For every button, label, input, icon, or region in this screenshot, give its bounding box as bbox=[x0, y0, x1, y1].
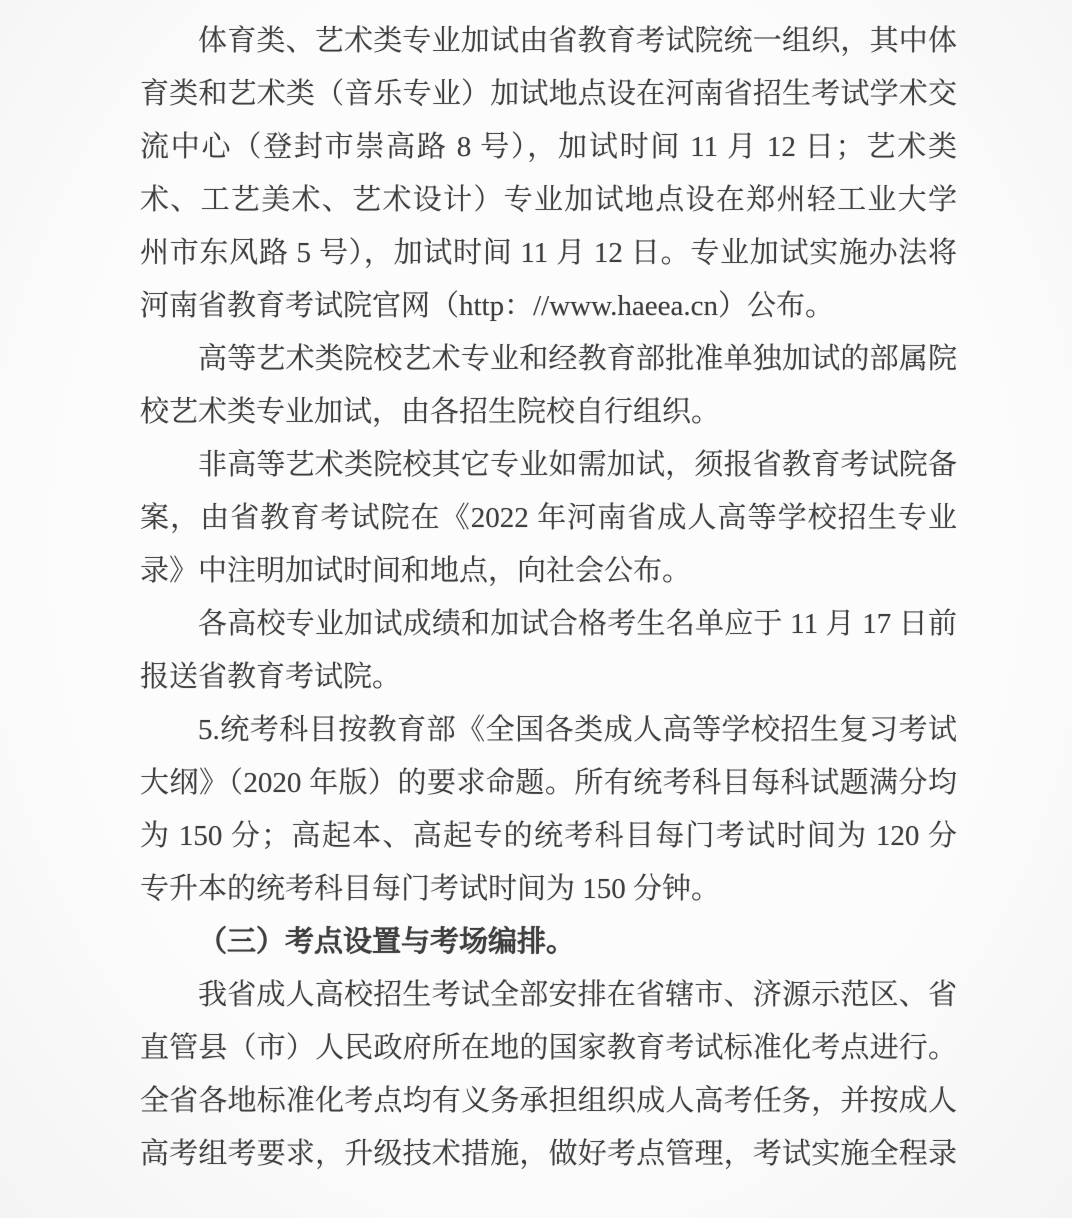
text-line: 为 150 分；高起本、高起专的统考科目每门考试时间为 120 分钟， bbox=[140, 810, 957, 863]
paragraph-sports-arts-extra-exam: 体育类、艺术类专业加试由省教育考试院统一组织，其中体 育类和艺术类（音乐专业）加… bbox=[140, 15, 957, 333]
scanned-document-page: 体育类、艺术类专业加试由省教育考试院统一组织，其中体 育类和艺术类（音乐专业）加… bbox=[0, 0, 1072, 1218]
text-line: 河南省教育考试院官网（http：//www.haeea.cn）公布。 bbox=[140, 280, 957, 333]
text-line: 高等艺术类院校艺术专业和经教育部批准单独加试的部属院 bbox=[140, 333, 957, 386]
text-line: 育类和艺术类（音乐专业）加试地点设在河南省招生考试学术交 bbox=[140, 68, 957, 121]
document-body: 体育类、艺术类专业加试由省教育考试院统一组织，其中体 育类和艺术类（音乐专业）加… bbox=[140, 15, 957, 1181]
text-line: 案，由省教育考试院在《2022 年河南省成人高等学校招生专业目 bbox=[140, 492, 957, 545]
text-line: 直管县（市）人民政府所在地的国家教育考试标准化考点进行。 bbox=[140, 1022, 957, 1075]
paragraph-standardized-exam-sites: 我省成人高校招生考试全部安排在省辖市、济源示范区、省 直管县（市）人民政府所在地… bbox=[140, 969, 957, 1181]
text-line: 高考组考要求，升级技术措施，做好考点管理，考试实施全程录 bbox=[140, 1128, 957, 1181]
paragraph-non-higher-art-colleges: 非高等艺术类院校其它专业如需加试，须报省教育考试院备 案，由省教育考试院在《20… bbox=[140, 439, 957, 598]
section-heading-line: （三）考点设置与考场编排。 bbox=[140, 916, 957, 969]
text-line: 术、工艺美术、艺术设计）专业加试地点设在郑州轻工业大学（郑 bbox=[140, 174, 957, 227]
text-line: 体育类、艺术类专业加试由省教育考试院统一组织，其中体 bbox=[140, 15, 957, 68]
text-line: 流中心（登封市崇高路 8 号），加试时间 11 月 12 日；艺术类（美 bbox=[140, 121, 957, 174]
text-line: 5.统考科目按教育部《全国各类成人高等学校招生复习考试 bbox=[140, 704, 957, 757]
paragraph-item5-unified-subjects: 5.统考科目按教育部《全国各类成人高等学校招生复习考试 大纲》（2020 年版）… bbox=[140, 704, 957, 916]
text-line: 我省成人高校招生考试全部安排在省辖市、济源示范区、省 bbox=[140, 969, 957, 1022]
section-heading-exam-sites: （三）考点设置与考场编排。 bbox=[140, 916, 957, 969]
text-line: 录》中注明加试时间和地点，向社会公布。 bbox=[140, 545, 957, 598]
text-line: 州市东风路 5 号），加试时间 11 月 12 日。专业加试实施办法将在 bbox=[140, 227, 957, 280]
text-line: 专升本的统考科目每门考试时间为 150 分钟。 bbox=[140, 863, 957, 916]
paragraph-higher-art-colleges: 高等艺术类院校艺术专业和经教育部批准单独加试的部属院 校艺术类专业加试，由各招生… bbox=[140, 333, 957, 439]
text-line: 各高校专业加试成绩和加试合格考生名单应于 11 月 17 日前 bbox=[140, 598, 957, 651]
text-line: 校艺术类专业加试，由各招生院校自行组织。 bbox=[140, 386, 957, 439]
paragraph-results-deadline: 各高校专业加试成绩和加试合格考生名单应于 11 月 17 日前 报送省教育考试院… bbox=[140, 598, 957, 704]
text-line: 大纲》（2020 年版）的要求命题。所有统考科目每科试题满分均 bbox=[140, 757, 957, 810]
text-line: 报送省教育考试院。 bbox=[140, 651, 957, 704]
text-line: 全省各地标准化考点均有义务承担组织成人高考任务，并按成人 bbox=[140, 1075, 957, 1128]
text-line: 非高等艺术类院校其它专业如需加试，须报省教育考试院备 bbox=[140, 439, 957, 492]
